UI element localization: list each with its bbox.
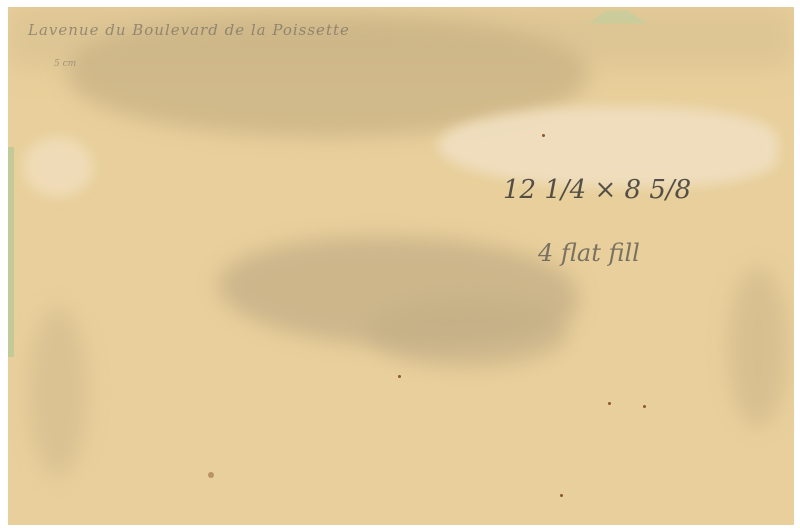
pencil-dimensions-inscription: 12 1/4 × 8 5/8 (503, 175, 691, 205)
pencil-subtitle-inscription: 5 cm (54, 59, 76, 69)
green-residue-edge (8, 147, 14, 357)
water-stain (28, 307, 88, 477)
foxing-spot (542, 134, 545, 137)
foxing-spot (208, 472, 214, 478)
foxing-spot (398, 375, 401, 378)
bleached-area (23, 137, 93, 197)
water-stain (368, 297, 568, 367)
foxing-spot (643, 405, 646, 408)
pencil-note-inscription: 4 flat fill (538, 239, 640, 267)
pencil-title-inscription: Lavenue du Boulevard de la Poissette (28, 21, 350, 39)
water-stain (728, 267, 788, 427)
aged-paper-sheet: Lavenue du Boulevard de la Poissette 5 c… (8, 7, 794, 525)
foxing-spot (560, 494, 563, 497)
foxing-spot (608, 402, 611, 405)
